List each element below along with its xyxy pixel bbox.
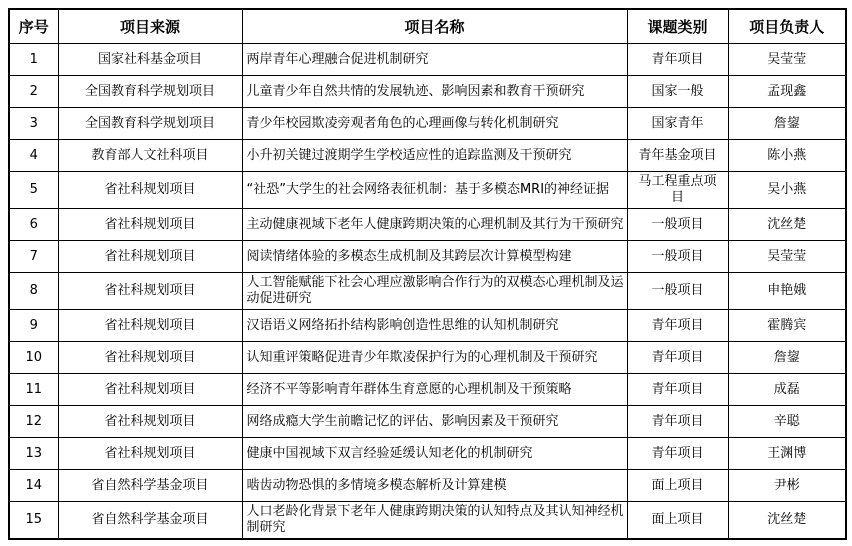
cell-no: 13	[9, 438, 58, 470]
cell-source: 教育部人文社科项目	[58, 140, 242, 172]
cell-category: 青年项目	[627, 438, 728, 470]
cell-leader: 陈小燕	[728, 140, 846, 172]
table-row: 9省社科规划项目汉语语义网络拓扑结构影响创造性思维的认知机制研究青年项目霍腾宾	[9, 310, 846, 342]
header-cell-no: 序号	[9, 9, 58, 44]
cell-source: 国家社科基金项目	[58, 44, 242, 76]
cell-source: 省自然科学基金项目	[58, 470, 242, 502]
table-row: 2全国教育科学规划项目儿童青少年自然共情的发展轨迹、影响因素和教育干预研究国家一…	[9, 76, 846, 108]
cell-name: 儿童青少年自然共情的发展轨迹、影响因素和教育干预研究	[242, 76, 627, 108]
cell-name: 阅读情绪体验的多模态生成机制及其跨层次计算模型构建	[242, 241, 627, 273]
cell-leader: 沈丝楚	[728, 209, 846, 241]
cell-source: 省自然科学基金项目	[58, 502, 242, 540]
cell-source: 省社科规划项目	[58, 209, 242, 241]
cell-leader: 王渊博	[728, 438, 846, 470]
cell-name: 主动健康视域下老年人健康跨期决策的心理机制及其行为干预研究	[242, 209, 627, 241]
cell-name: 健康中国视域下双言经验延缓认知老化的机制研究	[242, 438, 627, 470]
cell-source: 省社科规划项目	[58, 172, 242, 209]
cell-no: 15	[9, 502, 58, 540]
cell-leader: 吴莹莹	[728, 44, 846, 76]
cell-category: 青年项目	[627, 406, 728, 438]
cell-leader: 孟现鑫	[728, 76, 846, 108]
cell-category: 一般项目	[627, 209, 728, 241]
table-row: 14省自然科学基金项目啮齿动物恐惧的多情境多模态解析及计算建模面上项目尹彬	[9, 470, 846, 502]
cell-no: 4	[9, 140, 58, 172]
cell-leader: 詹鋆	[728, 342, 846, 374]
cell-category: 一般项目	[627, 273, 728, 310]
cell-leader: 詹鋆	[728, 108, 846, 140]
cell-name: 两岸青年心理融合促进机制研究	[242, 44, 627, 76]
cell-no: 5	[9, 172, 58, 209]
cell-no: 12	[9, 406, 58, 438]
cell-name: 网络成瘾大学生前瞻记忆的评估、影响因素及干预研究	[242, 406, 627, 438]
cell-category: 面上项目	[627, 470, 728, 502]
cell-name: 人工智能赋能下社会心理应激影响合作行为的双模态心理机制及运动促进研究	[242, 273, 627, 310]
cell-category: 青年项目	[627, 374, 728, 406]
table-row: 4教育部人文社科项目小升初关键过渡期学生学校适应性的追踪监测及干预研究青年基金项…	[9, 140, 846, 172]
table-row: 15省自然科学基金项目人口老龄化背景下老年人健康跨期决策的认知特点及其认知神经机…	[9, 502, 846, 540]
table-row: 8省社科规划项目人工智能赋能下社会心理应激影响合作行为的双模态心理机制及运动促进…	[9, 273, 846, 310]
table-row: 6省社科规划项目主动健康视域下老年人健康跨期决策的心理机制及其行为干预研究一般项…	[9, 209, 846, 241]
page: 序号 项目来源 项目名称 课题类别 项目负责人 1国家社科基金项目两岸青年心理融…	[0, 0, 852, 546]
cell-source: 全国教育科学规划项目	[58, 76, 242, 108]
cell-no: 10	[9, 342, 58, 374]
cell-name: 人口老龄化背景下老年人健康跨期决策的认知特点及其认知神经机制研究	[242, 502, 627, 540]
header-cell-name: 项目名称	[242, 9, 627, 44]
cell-leader: 申艳娥	[728, 273, 846, 310]
cell-leader: 辛聪	[728, 406, 846, 438]
cell-category: 马工程重点项目	[627, 172, 728, 209]
cell-name: 经济不平等影响青年群体生育意愿的心理机制及干预策略	[242, 374, 627, 406]
header-cell-source: 项目来源	[58, 9, 242, 44]
cell-category: 国家青年	[627, 108, 728, 140]
cell-leader: 吴小燕	[728, 172, 846, 209]
cell-leader: 成磊	[728, 374, 846, 406]
cell-no: 14	[9, 470, 58, 502]
table-row: 12省社科规划项目网络成瘾大学生前瞻记忆的评估、影响因素及干预研究青年项目辛聪	[9, 406, 846, 438]
cell-category: 一般项目	[627, 241, 728, 273]
cell-source: 省社科规划项目	[58, 406, 242, 438]
cell-name: 青少年校园欺凌旁观者角色的心理画像与转化机制研究	[242, 108, 627, 140]
cell-leader: 霍腾宾	[728, 310, 846, 342]
cell-source: 省社科规划项目	[58, 342, 242, 374]
cell-category: 青年基金项目	[627, 140, 728, 172]
cell-name: 小升初关键过渡期学生学校适应性的追踪监测及干预研究	[242, 140, 627, 172]
cell-category: 青年项目	[627, 342, 728, 374]
header-row: 序号 项目来源 项目名称 课题类别 项目负责人	[9, 9, 846, 44]
cell-leader: 沈丝楚	[728, 502, 846, 540]
cell-no: 3	[9, 108, 58, 140]
cell-no: 6	[9, 209, 58, 241]
table-row: 1国家社科基金项目两岸青年心理融合促进机制研究青年项目吴莹莹	[9, 44, 846, 76]
cell-no: 8	[9, 273, 58, 310]
cell-category: 国家一般	[627, 76, 728, 108]
table-row: 10省社科规划项目认知重评策略促进青少年欺凌保护行为的心理机制及干预研究青年项目…	[9, 342, 846, 374]
cell-no: 9	[9, 310, 58, 342]
cell-name: “社恐”大学生的社会网络表征机制：基于多模态MRI的神经证据	[242, 172, 627, 209]
cell-source: 省社科规划项目	[58, 310, 242, 342]
cell-source: 省社科规划项目	[58, 374, 242, 406]
cell-name: 汉语语义网络拓扑结构影响创造性思维的认知机制研究	[242, 310, 627, 342]
header-cell-leader: 项目负责人	[728, 9, 846, 44]
project-list-table: 序号 项目来源 项目名称 课题类别 项目负责人 1国家社科基金项目两岸青年心理融…	[8, 8, 847, 540]
cell-leader: 尹彬	[728, 470, 846, 502]
cell-source: 省社科规划项目	[58, 273, 242, 310]
table-row: 5省社科规划项目“社恐”大学生的社会网络表征机制：基于多模态MRI的神经证据马工…	[9, 172, 846, 209]
table-row: 3全国教育科学规划项目青少年校园欺凌旁观者角色的心理画像与转化机制研究国家青年詹…	[9, 108, 846, 140]
cell-no: 11	[9, 374, 58, 406]
cell-category: 面上项目	[627, 502, 728, 540]
cell-no: 1	[9, 44, 58, 76]
cell-name: 认知重评策略促进青少年欺凌保护行为的心理机制及干预研究	[242, 342, 627, 374]
cell-no: 7	[9, 241, 58, 273]
cell-source: 省社科规划项目	[58, 438, 242, 470]
header-cell-category: 课题类别	[627, 9, 728, 44]
cell-category: 青年项目	[627, 310, 728, 342]
cell-no: 2	[9, 76, 58, 108]
cell-source: 省社科规划项目	[58, 241, 242, 273]
cell-leader: 吴莹莹	[728, 241, 846, 273]
table-row: 11省社科规划项目经济不平等影响青年群体生育意愿的心理机制及干预策略青年项目成磊	[9, 374, 846, 406]
table-row: 13省社科规划项目健康中国视域下双言经验延缓认知老化的机制研究青年项目王渊博	[9, 438, 846, 470]
cell-name: 啮齿动物恐惧的多情境多模态解析及计算建模	[242, 470, 627, 502]
cell-category: 青年项目	[627, 44, 728, 76]
cell-source: 全国教育科学规划项目	[58, 108, 242, 140]
table-row: 7省社科规划项目阅读情绪体验的多模态生成机制及其跨层次计算模型构建一般项目吴莹莹	[9, 241, 846, 273]
